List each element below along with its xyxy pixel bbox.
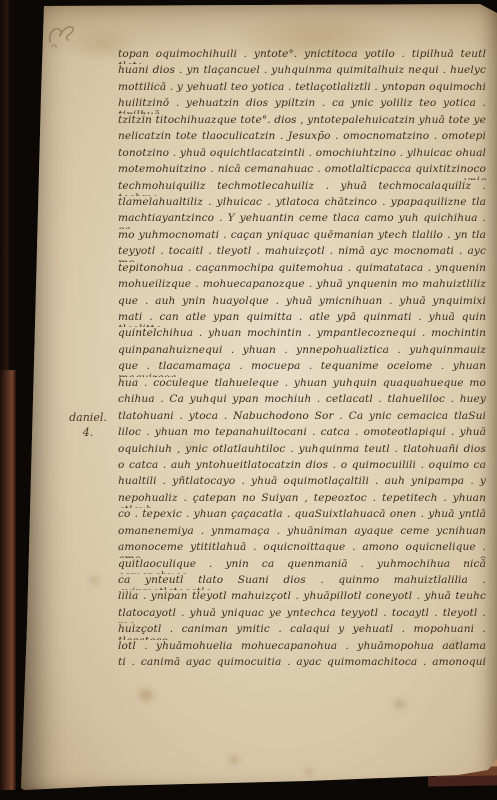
manuscript-scan: daniel. 4. topan oquimochihuili . yntote…	[0, 0, 497, 800]
parchment-stain	[136, 686, 156, 704]
text-line: tlatohuani . ytoca . Nabuchodono Sor . C…	[118, 410, 486, 426]
text-line: tlatocayotl . yhuā yniquac ye yntechca t…	[118, 607, 486, 623]
text-line: huizçotl . caniman ymitic . calaqui y ye…	[118, 623, 486, 639]
margin-note-chapter: 4.	[62, 425, 114, 440]
text-line: huani dios . yn tlaçancuel . yuhquinma q…	[118, 64, 486, 80]
text-line: mo yuhmocnomati . caçan yniquac quēmania…	[118, 229, 486, 245]
text-line: tlamelahualtiliz . ylhuicac . ytlatoca c…	[118, 196, 486, 212]
text-line: omanenemiya . ynmamaça . yhuāniman ayaqu…	[118, 525, 486, 541]
text-line: ti . canimā ayac quimocuitia . ayac quim…	[118, 656, 486, 672]
parchment-stain	[304, 767, 314, 776]
text-line: nepohualiz . çatepan no Suiyan , tepeozt…	[118, 492, 486, 508]
text-line: tzitzin titochihuazque tote°. dios , ynt…	[118, 114, 486, 130]
text-line: o catca . auh yntohueitlatocatzin dios .…	[118, 459, 486, 475]
manuscript-text-block: topan oquimochihuili . yntote°. ynictito…	[118, 48, 486, 673]
parchment-page: daniel. 4. topan oquimochihuili . yntote…	[18, 4, 497, 796]
text-line: nelicatzin tote tlaoculicatzin . Jesuxp̄…	[118, 130, 486, 146]
text-line: tepitonohua . caçanmochipa quitemohua . …	[118, 262, 486, 278]
book-spine-edge	[0, 370, 16, 790]
text-line: co . tepexic . yhuan çaçacatla . quaSuix…	[118, 508, 486, 524]
text-line: chihua . Ca yuhqui ypan mochiuh . cetlac…	[118, 393, 486, 409]
book-gutter-shadow	[0, 0, 10, 380]
text-line: lilia . ynipan tleyotl mahuizçotl . yhuā…	[118, 590, 486, 606]
text-line: tonotzino . yhuā oquichtlacatzintli . om…	[118, 147, 486, 163]
parchment-stain	[392, 697, 408, 711]
text-line: liloc . yhuan mo tepanahuiltocani . catc…	[118, 426, 486, 442]
text-line: topan oquimochihuili . yntote°. ynictito…	[118, 48, 486, 64]
text-line: teyyotl . tocaitl . tleyotl . mahuizçotl…	[118, 245, 486, 261]
text-line: que . auh ynin huayolque . yhuā ymicnihu…	[118, 295, 486, 311]
text-line: mottilicā . y yehuatl teo yotica . tetla…	[118, 81, 486, 97]
underlying-page-edge	[428, 775, 497, 786]
text-line: hualtili . yñtlatocayo . yhuā oquimotlaç…	[118, 475, 486, 491]
text-line: huilitzinō . yehuatzin dios ypiltzin . c…	[118, 97, 486, 113]
text-line: hua . coculeque tlahueleque . yhuan yuhq…	[118, 377, 486, 393]
text-line: mati . can atle ypan quimitta . atle ypā…	[118, 311, 486, 327]
margin-note: daniel. 4.	[62, 410, 114, 440]
text-line: quinpanahuiznequi . yhuan . ynnepohualiz…	[118, 344, 486, 360]
margin-note-reference: daniel.	[62, 410, 114, 425]
text-line: mohueilizque . mohuecapanozque . yhuā yn…	[118, 278, 486, 294]
ink-flourish-icon	[42, 18, 92, 52]
text-line: que . tlacamamaça . mocuepa . tequanime …	[118, 360, 486, 376]
text-line: quintelchihua . yhuan mochintin . ympant…	[118, 327, 486, 343]
text-line: oquichiuh , ynic otlatlauhtiloc . yuhqui…	[118, 443, 486, 459]
text-line: ca ynteutl tlato Suani dios . quinmo mah…	[118, 574, 486, 590]
text-line: machtiayantzinco . Y yehuantin ceme tlac…	[118, 212, 486, 228]
parchment-stain	[228, 754, 240, 765]
text-line: motemohuitzino . nicā cemanahuac . omotl…	[118, 163, 486, 179]
parchment-stain	[88, 574, 102, 586]
text-line: quitlaoculique . ynin ca quenmaniā . yuh…	[118, 558, 486, 574]
text-line: lotl . yhuāmohuelia mohuecapanohua . yhu…	[118, 640, 486, 656]
text-line: amonoceme ytititlahuā . oquicnoittaque .…	[118, 541, 486, 557]
text-line: techmohuiquiliz techmotlecahuiliz . yhuā…	[118, 180, 486, 196]
